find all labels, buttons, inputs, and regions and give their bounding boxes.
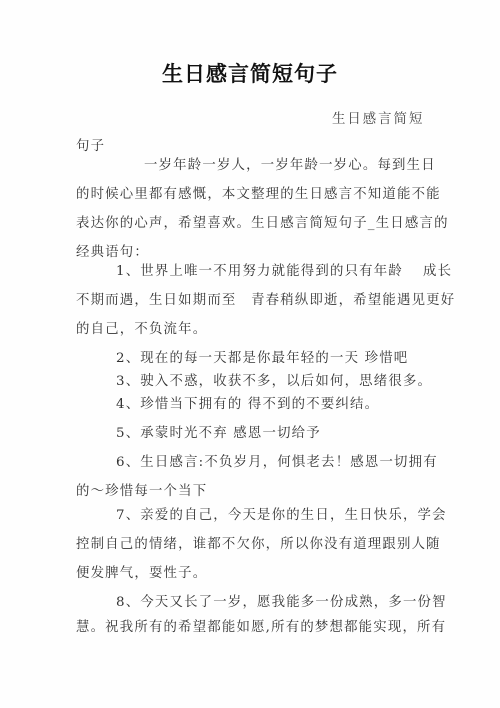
text-line: 的时候心里都有感慨，本文整理的生日感言不知道能不能 — [76, 186, 441, 204]
text-line: 经典语句： — [76, 244, 149, 262]
text-line: 表达你的心声，希望喜欢。生日感言简短句子_生日感言的 — [76, 215, 449, 233]
text-line: 便发脾气，耍性子。 — [76, 565, 207, 583]
text-line: 3、驶入不惑，收获不多，以后如何，思绪很多。 — [116, 373, 432, 391]
text-line: 8、今天又长了一岁，愿我能多一份成熟，多一份智 — [116, 594, 447, 612]
text-line: 2、现在的每一天都是你最年轻的一天 珍惜吧 — [116, 350, 408, 368]
text-line: 7、亲爱的自己，今天是你的生日，生日快乐，学会 — [116, 507, 447, 525]
text-line: 的～珍惜每一个当下 — [76, 483, 207, 501]
text-line: 4、珍惜当下拥有的 得不到的不要纠结。 — [116, 396, 379, 414]
text-line: 不期而遇，生日如期而至 青春稍纵即逝，希望能遇见更好 — [76, 292, 455, 310]
text-line: 1、世界上唯一不用努力就能得到的只有年龄 成长 — [116, 263, 452, 281]
text-line: 一岁年龄一岁人，一岁年龄一岁心。每到生日 — [144, 157, 436, 175]
document-title: 生日感言简短句子 — [0, 58, 500, 88]
text-line: 慧。祝我所有的希望都能如愿,所有的梦想都能实现，所有 — [76, 619, 446, 637]
text-line: 的自己，不负流年。 — [76, 321, 207, 339]
document-page: 生日感言简短句子 生日感言简短 句子 一岁年龄一岁人，一岁年龄一岁心。每到生日的… — [0, 0, 500, 708]
subtitle-continuation: 句子 — [76, 138, 105, 156]
text-line: 6、生日感言:不负岁月，何惧老去！感恩一切拥有 — [116, 454, 438, 472]
subtitle-right: 生日感言简短 — [332, 108, 424, 127]
text-line: 5、承蒙时光不弃 感恩一切给予 — [116, 425, 321, 443]
text-line: 控制自己的情绪，谁都不欠你，所以你没有道理跟别人随 — [76, 536, 441, 554]
